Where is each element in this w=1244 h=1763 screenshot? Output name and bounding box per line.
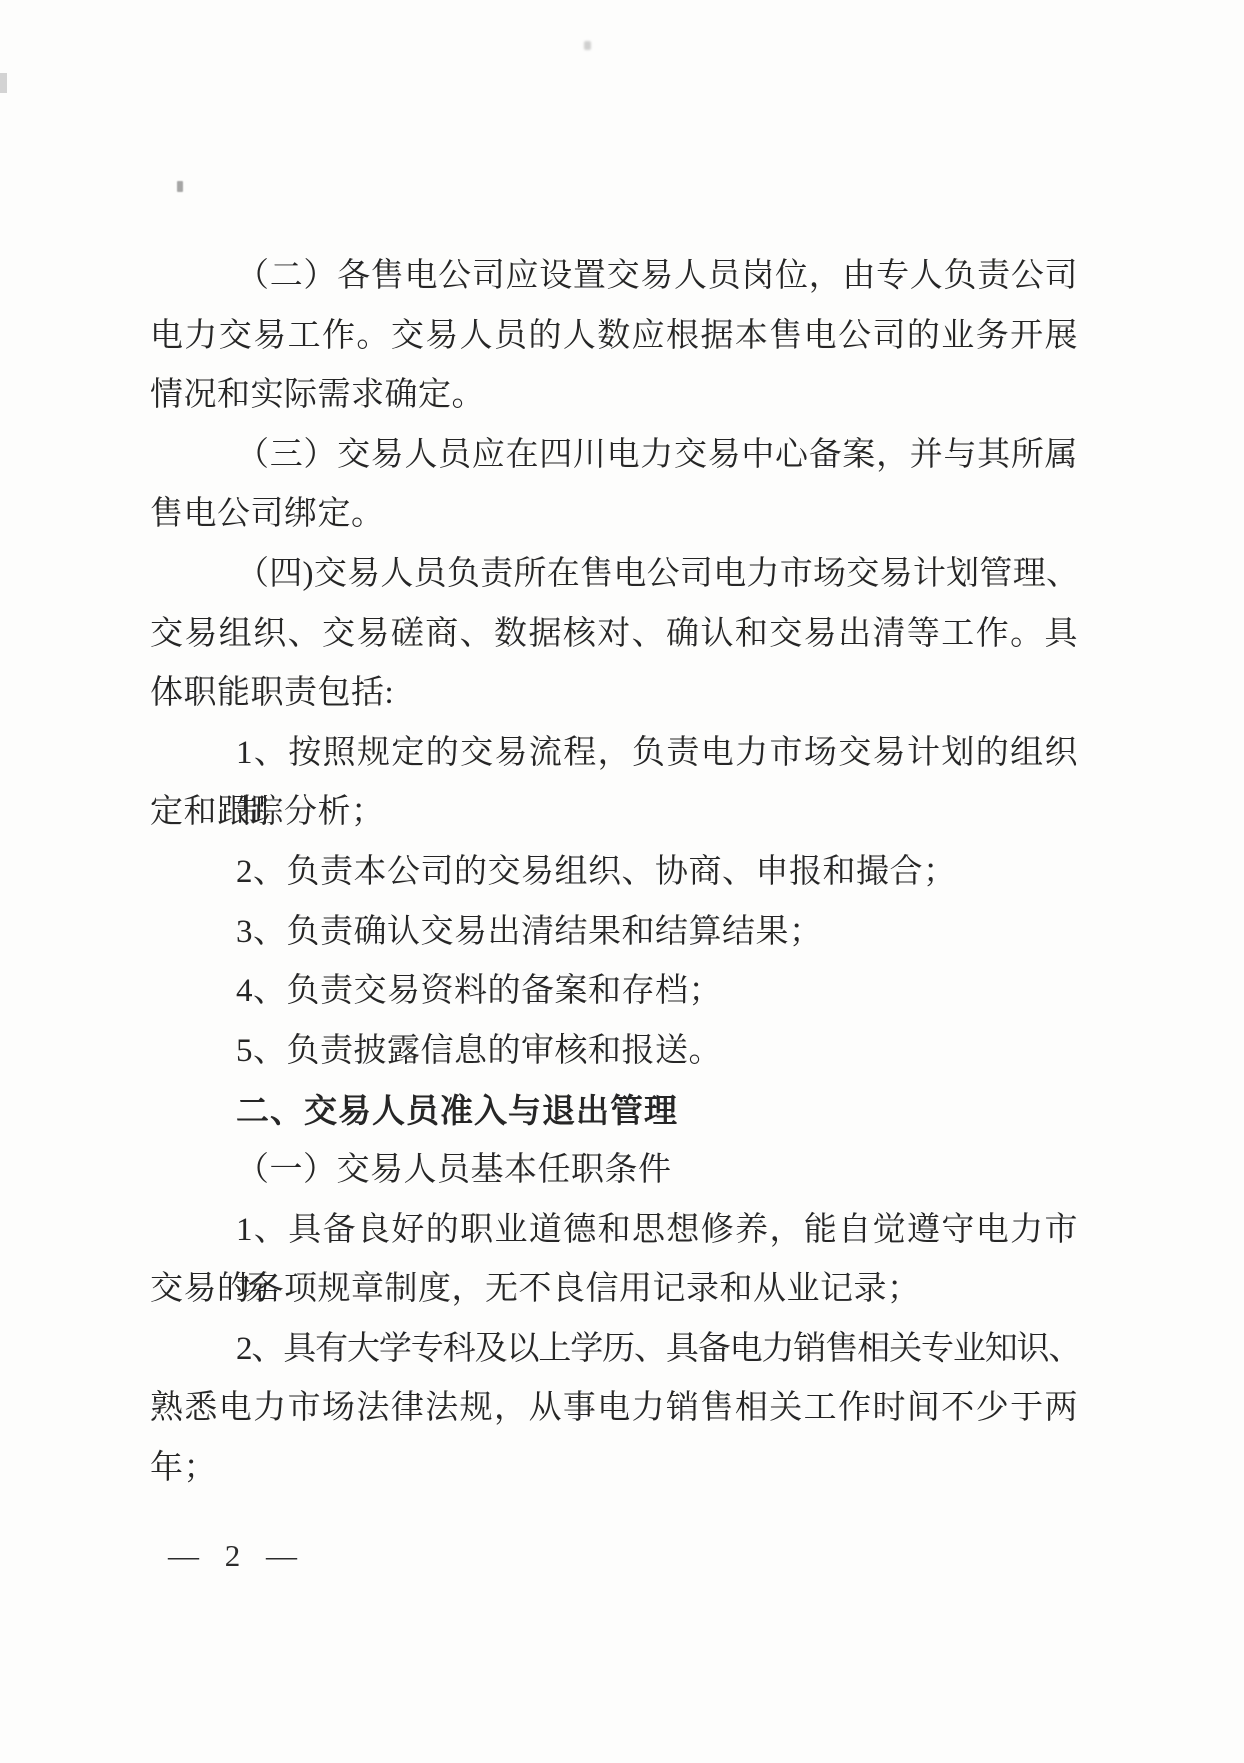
body-line: 定和跟踪分析； — [150, 783, 1078, 843]
body-line: 1、具备良好的职业道德和思想修养，能自觉遵守电力市场 — [150, 1201, 1078, 1261]
body-line: 交易的各项规章制度，无不良信用记录和从业记录； — [150, 1260, 1078, 1320]
body-line: 体职能职责包括: — [150, 664, 1078, 724]
body-line: 情况和实际需求确定。 — [150, 366, 1078, 426]
document-body: （二）各售电公司应设置交易人员岗位，由专人负责公司 电力交易工作。交易人员的人数… — [150, 247, 1078, 1498]
body-line: （四)交易人员负责所在售电公司电力市场交易计划管理、 — [150, 545, 1078, 605]
body-line: 4、负责交易资料的备案和存档； — [150, 962, 1078, 1022]
page-number: — 2 — — [168, 1538, 306, 1574]
body-line: 3、负责确认交易出清结果和结算结果； — [150, 903, 1078, 963]
body-line: （三）交易人员应在四川电力交易中心备案，并与其所属 — [150, 426, 1078, 486]
scan-edge-artifact — [0, 73, 7, 93]
body-line: 2、负责本公司的交易组织、协商、申报和撮合； — [150, 843, 1078, 903]
body-line: 售电公司绑定。 — [150, 485, 1078, 545]
body-line: 1、按照规定的交易流程，负责电力市场交易计划的组织制 — [150, 724, 1078, 784]
body-line: 2、具有大学专科及以上学历、具备电力销售相关专业知识、 — [150, 1320, 1078, 1380]
body-line: 年； — [150, 1439, 1078, 1499]
body-line: 5、负责披露信息的审核和报送。 — [150, 1022, 1078, 1082]
body-line: （二）各售电公司应设置交易人员岗位，由专人负责公司 — [150, 247, 1078, 307]
scan-speck — [177, 181, 183, 192]
section-heading: 二、交易人员准入与退出管理 — [150, 1081, 1078, 1141]
body-line: （一）交易人员基本任职条件 — [150, 1141, 1078, 1201]
scan-speck — [584, 41, 591, 50]
body-line: 电力交易工作。交易人员的人数应根据本售电公司的业务开展 — [150, 307, 1078, 367]
document-page: （二）各售电公司应设置交易人员岗位，由专人负责公司 电力交易工作。交易人员的人数… — [0, 0, 1244, 1763]
body-line: 交易组织、交易磋商、数据核对、确认和交易出清等工作。具 — [150, 605, 1078, 665]
body-line: 熟悉电力市场法律法规，从事电力销售相关工作时间不少于两 — [150, 1379, 1078, 1439]
